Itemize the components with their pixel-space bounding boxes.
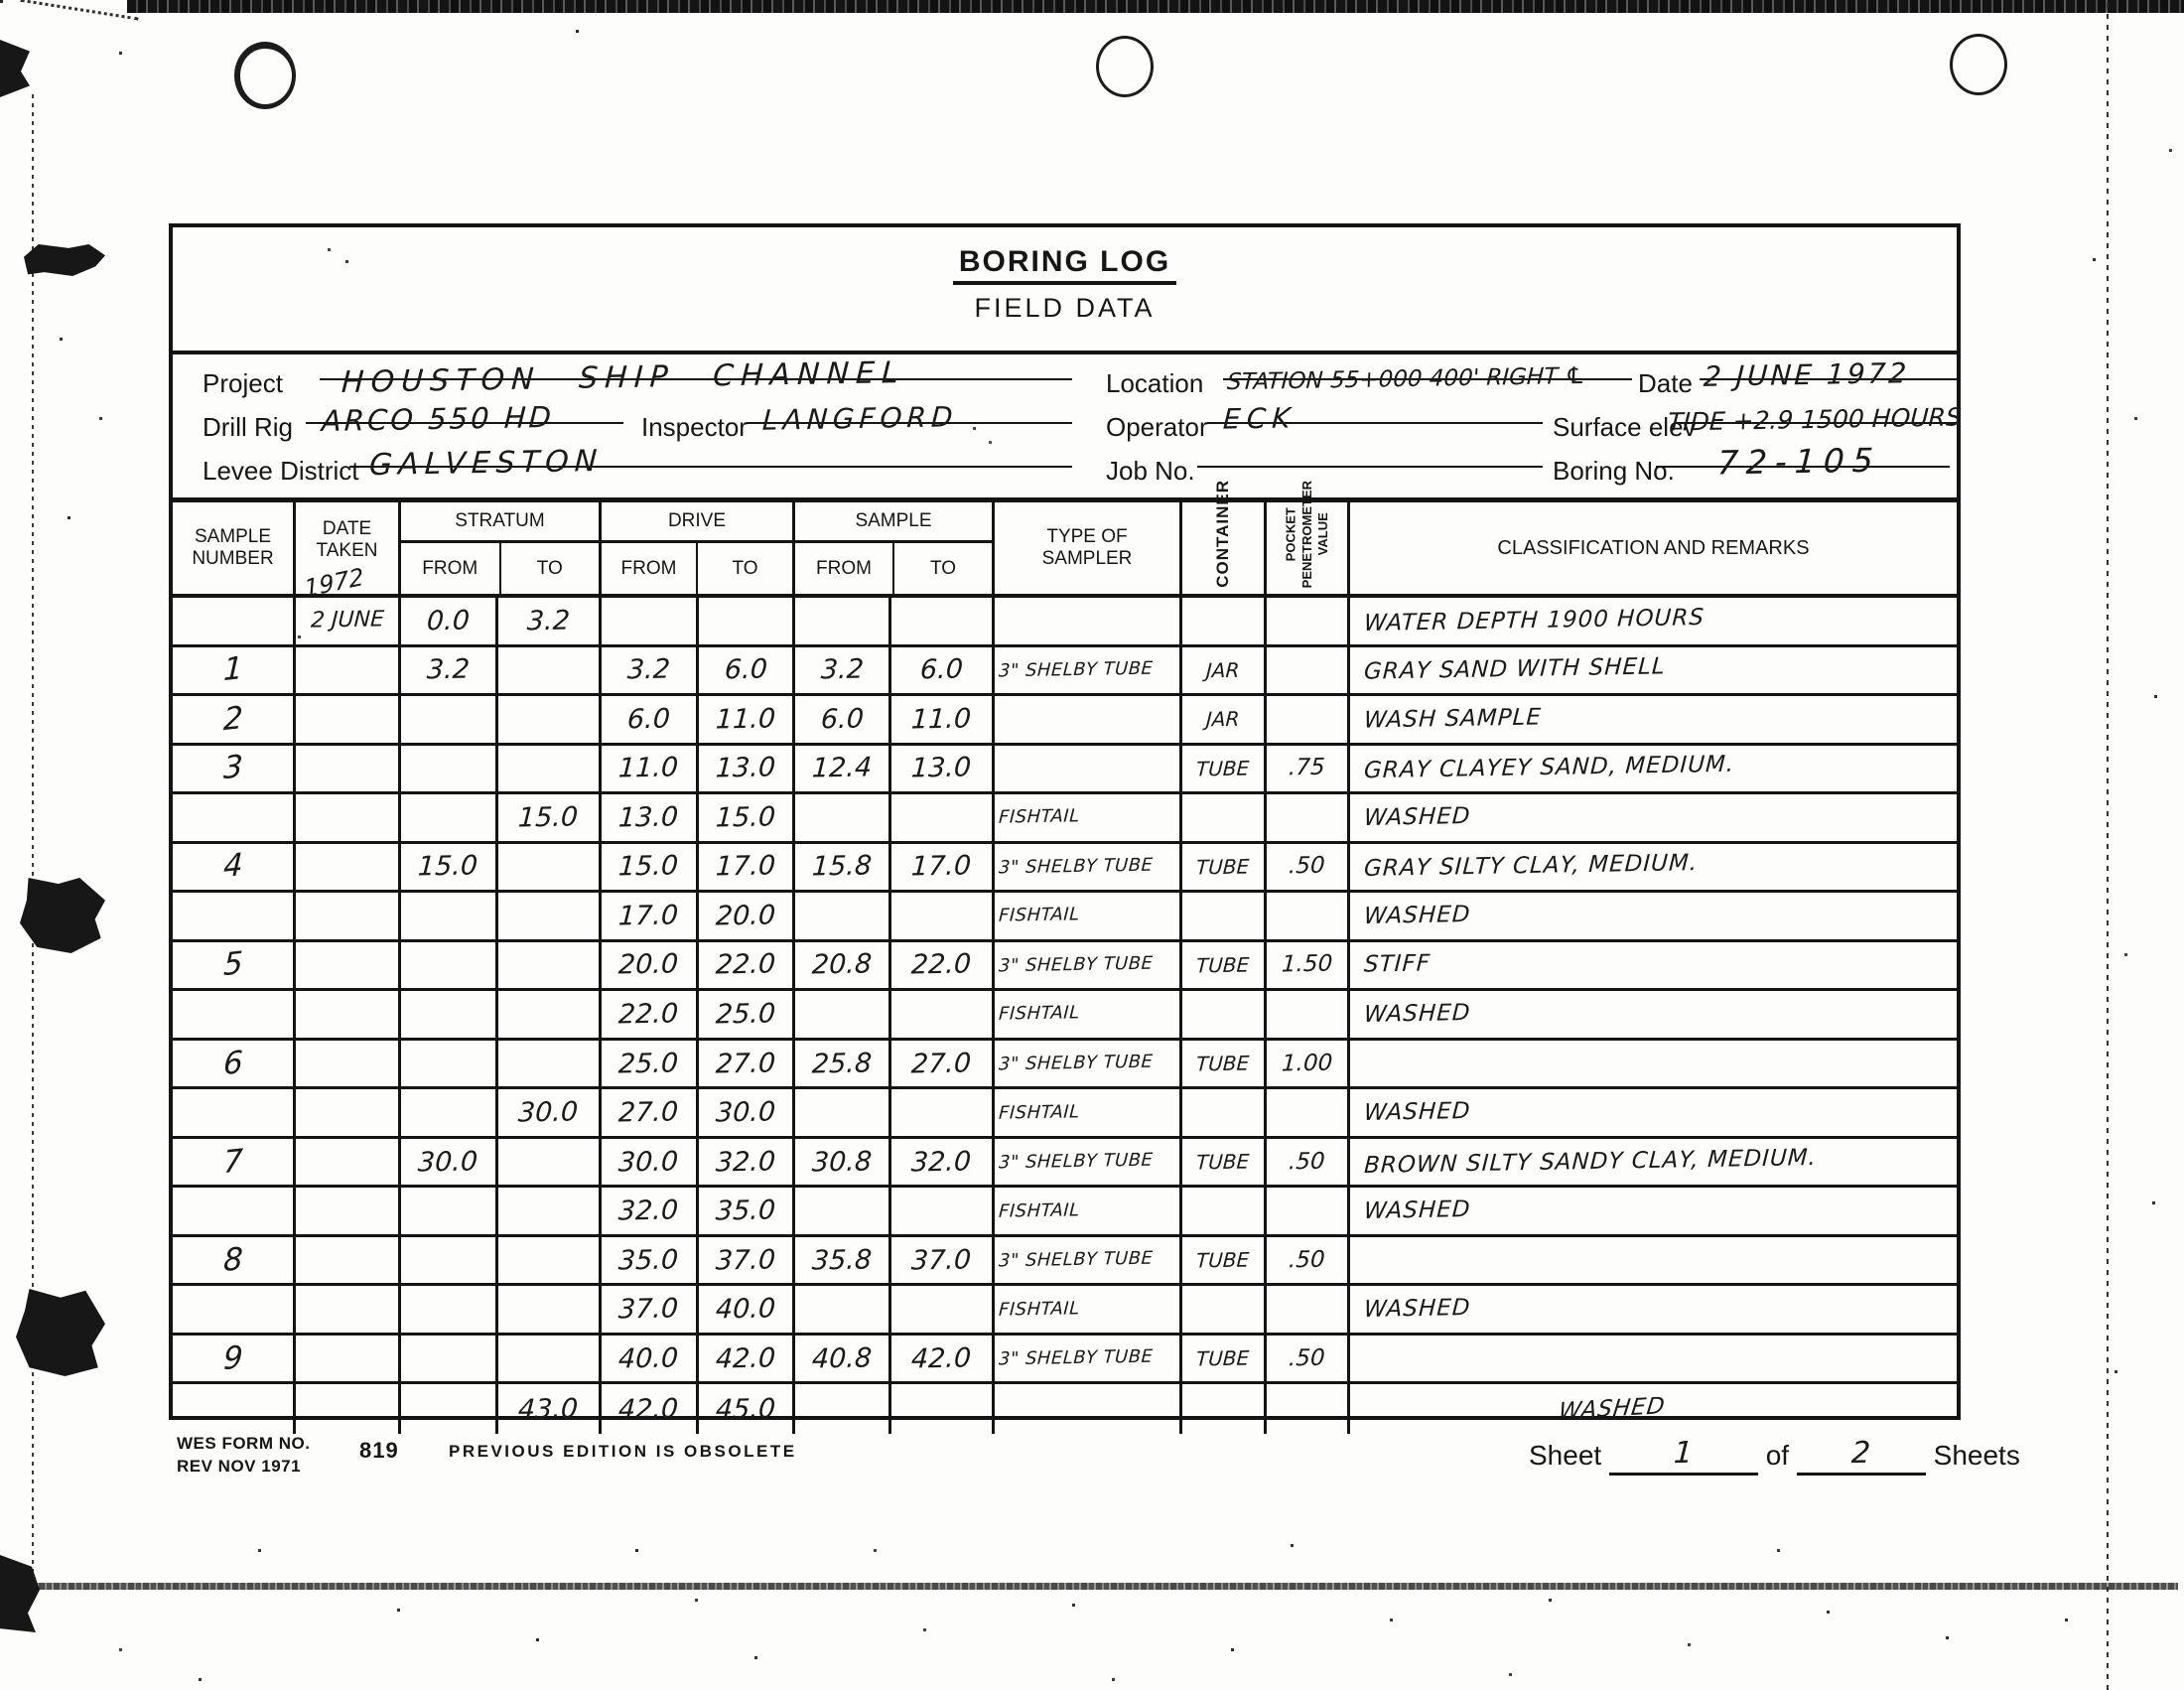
cell-container: TUBE [1182,1237,1267,1287]
cell-sample-number: 9 [173,1336,296,1385]
cell-type-of-sampler: FISHTAIL [995,1089,1182,1139]
handwritten-entry: 11.0 [618,755,680,782]
handwritten-entry: 22.0 [618,1000,680,1028]
cell-stratum-from [401,1336,498,1385]
punch-hole [234,42,296,109]
cell-stratum-to [498,1336,602,1385]
cell-date-taken [296,1336,401,1385]
cell-container [1182,991,1267,1041]
cell-stratum-to [498,696,602,746]
cell-drive-from: 17.0 [602,893,699,942]
cell-sample-from: 15.8 [795,844,891,894]
cell-remarks: WASH SAMPLE [1350,696,1957,746]
cell-type-of-sampler [995,598,1182,647]
handwritten-entry: 15.0 [418,853,479,881]
cell-sample-number: 4 [173,844,296,894]
cell-container [1182,1089,1267,1139]
cell-drive-to: 37.0 [699,1237,795,1287]
cell-remarks: GRAY SILTY CLAY, MEDIUM. [1350,844,1957,894]
cell-type-of-sampler [995,746,1182,795]
cell-sample-number: 8 [173,1237,296,1287]
handwritten-entry: JAR [1206,709,1241,730]
cell-remarks: GRAY SAND WITH SHELL [1350,647,1957,697]
handwritten-entry: 27.0 [911,1050,973,1077]
cell-sample-to [891,794,995,844]
cell-sample-to: 22.0 [891,942,995,992]
sheet-total-underline: 2 [1797,1438,1926,1476]
handwritten-entry: 3.2 [426,656,470,684]
handwritten-entry: FISHTAIL [999,907,1081,925]
handwritten-entry: 32.0 [911,1148,973,1176]
cell-date-taken [296,1089,401,1139]
scan-bottom-edge-shadow [24,1583,2178,1590]
cell-remarks: WASHED [1350,893,1957,942]
handwritten-entry: 17.0 [618,902,680,929]
levee-district-value: GALVESTON [369,446,603,481]
cell-stratum-to [498,893,602,942]
handwritten-entry: 0.0 [426,607,470,634]
cell-sample-to [891,1286,995,1336]
handwritten-entry: 40.0 [618,1344,680,1372]
col-group-stratum: STRATUM FROMTO [401,502,602,594]
cell-sample-from: 30.8 [795,1139,891,1189]
cell-sample-to [891,1089,995,1139]
handwritten-entry: TUBE [1196,758,1250,778]
handwritten-entry: GRAY SILTY CLAY, MEDIUM. [1363,852,1698,881]
handwritten-entry: 9 [222,1342,243,1375]
handwritten-entry: 25.0 [715,1000,776,1028]
handwritten-entry: FISHTAIL [999,1005,1081,1024]
cell-stratum-from [401,746,498,795]
handwritten-entry: 7 [222,1145,243,1178]
handwritten-entry: 45.0 [715,1395,776,1423]
handwritten-entry: WASHED [1363,1297,1471,1322]
cell-stratum-from: 15.0 [401,844,498,894]
previous-edition-note: PREVIOUS EDITION IS OBSOLETE [449,1442,797,1462]
cell-stratum-to [498,1139,602,1189]
cell-stratum-from [401,1188,498,1237]
handwritten-entry: .50 [1289,1248,1326,1272]
handwritten-entry: 35.0 [618,1246,680,1274]
handwritten-entry: 6.0 [919,656,963,684]
cell-sample-from: 25.8 [795,1041,891,1090]
handwritten-entry: STIFF [1363,953,1431,977]
cell-sample-number [173,794,296,844]
handwritten-entry: 37.0 [618,1296,680,1324]
cell-sample-number: 7 [173,1139,296,1189]
cell-sample-from: 20.8 [795,942,891,992]
cell-date-taken [296,1188,401,1237]
cell-penetrometer-value: .50 [1267,1336,1350,1385]
handwritten-entry: 20.0 [618,951,680,979]
operator-label: Operator [1106,412,1208,443]
cell-date-taken [296,696,401,746]
cell-sample-to: 17.0 [891,844,995,894]
handwritten-entry: 40.8 [811,1344,873,1372]
cell-sample-number [173,893,296,942]
drill-rig-label: Drill Rig [203,412,293,443]
header-fields: Project HOUSTON SHIP CHANNEL Location ST… [173,354,1957,502]
cell-stratum-from [401,696,498,746]
cell-stratum-to [498,942,602,992]
handwritten-entry: .50 [1289,1150,1326,1174]
cell-remarks [1350,1336,1957,1385]
cell-drive-from: 22.0 [602,991,699,1041]
cell-penetrometer-value: 1.00 [1267,1041,1350,1090]
cell-stratum-from [401,1237,498,1287]
handwritten-entry: TUBE [1196,1250,1250,1271]
cell-penetrometer-value [1267,1384,1350,1434]
cell-sample-from [795,794,891,844]
levee-district-label: Levee District [203,456,359,487]
handwritten-entry: 3.2 [820,656,864,684]
cell-type-of-sampler: FISHTAIL [995,991,1182,1041]
cell-date-taken [296,1384,401,1434]
cell-stratum-to [498,1041,602,1090]
handwritten-entry: 3" SHELBY TUBE [999,1152,1154,1173]
cell-remarks [1350,1237,1957,1287]
of-label: of [1766,1440,1789,1471]
cell-sample-to [891,1188,995,1237]
handwritten-entry: 3" SHELBY TUBE [999,955,1154,976]
cell-stratum-to: 43.0 [498,1384,602,1434]
boring-log-form: BORING LOG FIELD DATA Project HOUSTON SH… [169,223,1961,1420]
handwritten-entry: 30.0 [518,1099,580,1127]
cell-drive-from: 40.0 [602,1336,699,1385]
handwritten-entry: 25.8 [811,1050,873,1077]
punch-hole [1950,34,2007,95]
cell-sample-from: 12.4 [795,746,891,795]
cell-stratum-to [498,746,602,795]
handwritten-entry: WASHED [1363,1100,1471,1125]
handwritten-entry: 40.0 [715,1296,776,1324]
cell-stratum-from: 3.2 [401,647,498,697]
handwritten-entry: 3.2 [526,607,570,634]
handwritten-entry: 15.0 [518,803,580,831]
date-value: 2 JUNE 1972 [1704,358,1909,391]
handwritten-entry: TUBE [1196,856,1250,877]
handwritten-entry: TUBE [1196,1348,1250,1369]
cell-sample-from: 3.2 [795,647,891,697]
cell-sample-from: 40.8 [795,1336,891,1385]
cell-container: TUBE [1182,942,1267,992]
handwritten-entry: 27.0 [715,1050,776,1077]
handwritten-entry: FISHTAIL [999,808,1081,827]
cell-drive-from: 32.0 [602,1188,699,1237]
scanned-boring-log-page: BORING LOG FIELD DATA Project HOUSTON SH… [0,0,2184,1690]
cell-penetrometer-value [1267,1188,1350,1237]
cell-drive-to: 22.0 [699,942,795,992]
location-label: Location [1106,368,1203,399]
cell-date-taken [296,647,401,697]
cell-stratum-from [401,1286,498,1336]
job-no-label: Job No. [1106,456,1195,487]
cell-sample-number [173,1188,296,1237]
cell-type-of-sampler: FISHTAIL [995,1286,1182,1336]
handwritten-entry: WASHED [1363,1002,1471,1027]
handwritten-entry: .75 [1289,757,1326,780]
cell-drive-from: 37.0 [602,1286,699,1336]
cell-container: JAR [1182,647,1267,697]
cell-drive-to: 27.0 [699,1041,795,1090]
handwritten-entry: 30.0 [715,1099,776,1127]
cell-sample-to: 32.0 [891,1139,995,1189]
cell-drive-from: 15.0 [602,844,699,894]
handwritten-entry: 6.0 [820,705,864,733]
cell-sample-number: 1 [173,647,296,697]
handwritten-entry: 15.0 [618,853,680,881]
cell-remarks [1350,1041,1957,1090]
cell-sample-to: 27.0 [891,1041,995,1090]
handwritten-entry: 11.0 [911,705,973,733]
cell-type-of-sampler: 3" SHELBY TUBE [995,844,1182,894]
form-title-block: BORING LOG FIELD DATA [173,227,1957,354]
scan-ink-blob [24,244,105,276]
handwritten-entry: 17.0 [715,853,776,881]
cell-date-taken [296,794,401,844]
sheet-number: 1 [1673,1436,1694,1471]
handwritten-entry: 35.0 [715,1197,776,1225]
handwritten-entry: 32.0 [618,1197,680,1225]
handwritten-entry: 35.8 [811,1246,873,1274]
cell-container: TUBE [1182,1041,1267,1090]
cell-drive-from: 25.0 [602,1041,699,1090]
cell-penetrometer-value [1267,1286,1350,1336]
cell-date-taken [296,1139,401,1189]
cell-type-of-sampler [995,1384,1182,1434]
cell-drive-to: 40.0 [699,1286,795,1336]
col-group-drive: DRIVE FROMTO [602,502,795,594]
col-date-taken: DATETAKEN 1972 [296,502,401,594]
cell-penetrometer-value: .50 [1267,1237,1350,1287]
cell-remarks: WASHED [1350,1384,1957,1434]
cell-type-of-sampler: FISHTAIL [995,893,1182,942]
cell-drive-to: 25.0 [699,991,795,1041]
cell-sample-from: 6.0 [795,696,891,746]
cell-penetrometer-value [1267,1089,1350,1139]
cell-stratum-from [401,1384,498,1434]
cell-remarks: BROWN SILTY SANDY CLAY, MEDIUM. [1350,1139,1957,1189]
cell-drive-from: 30.0 [602,1139,699,1189]
handwritten-entry: 15.8 [811,853,873,881]
cell-sample-number [173,1384,296,1434]
cell-date-taken [296,844,401,894]
handwritten-entry: 20.8 [811,951,873,979]
cell-drive-to: 6.0 [699,647,795,697]
cell-sample-to: 13.0 [891,746,995,795]
handwritten-entry: 42.0 [715,1344,776,1372]
handwritten-entry: 1.00 [1281,1052,1332,1075]
cell-sample-to: 37.0 [891,1237,995,1287]
cell-penetrometer-value [1267,647,1350,697]
cell-sample-number [173,991,296,1041]
cell-type-of-sampler: 3" SHELBY TUBE [995,1237,1182,1287]
cell-sample-from [795,1384,891,1434]
cell-sample-to [891,1384,995,1434]
handwritten-entry: 1.50 [1281,953,1332,977]
handwritten-entry: 13.0 [911,755,973,782]
handwritten-entry: 37.0 [911,1246,973,1274]
cell-stratum-to [498,1286,602,1336]
cell-penetrometer-value [1267,794,1350,844]
handwritten-entry: 42.0 [618,1395,680,1423]
handwritten-entry: 43.0 [518,1395,580,1423]
handwritten-entry: .50 [1289,855,1326,879]
project-label: Project [203,368,283,399]
handwritten-entry: 8 [222,1243,243,1276]
handwritten-entry: 22.0 [911,951,973,979]
cell-sample-from [795,1286,891,1336]
cell-drive-to: 35.0 [699,1188,795,1237]
sheet-label: Sheet [1529,1440,1601,1471]
handwritten-entry: 2 [222,703,243,736]
handwritten-entry: BROWN SILTY SANDY CLAY, MEDIUM. [1363,1147,1817,1178]
cell-remarks: WATER DEPTH 1900 HOURS [1350,598,1957,647]
handwritten-entry: TUBE [1196,1054,1250,1074]
cell-drive-to: 45.0 [699,1384,795,1434]
cell-sample-number: 6 [173,1041,296,1090]
handwritten-entry: 15.0 [715,803,776,831]
cell-sample-number: 3 [173,746,296,795]
scan-ink-blob [0,40,30,97]
handwritten-entry: WASHED [1363,805,1471,830]
cell-container [1182,794,1267,844]
cell-container [1182,1286,1267,1336]
handwritten-entry: 3" SHELBY TUBE [999,659,1154,680]
handwritten-entry: 3" SHELBY TUBE [999,1250,1154,1271]
wes-form-number: WES FORM NO.REV NOV 1971 [177,1433,310,1479]
cell-stratum-from [401,991,498,1041]
handwritten-entry: 22.0 [715,951,776,979]
cell-penetrometer-value [1267,893,1350,942]
cell-remarks: WASHED [1350,1286,1957,1336]
boring-log-data-grid: 2 JUNE0.03.2WATER DEPTH 1900 HOURS13.23.… [173,598,1957,1434]
cell-container: TUBE [1182,844,1267,894]
cell-penetrometer-value: .75 [1267,746,1350,795]
cell-container [1182,598,1267,647]
handwritten-entry: 3" SHELBY TUBE [999,857,1154,878]
cell-remarks: WASHED [1350,991,1957,1041]
cell-drive-from: 6.0 [602,696,699,746]
operator-value: ECK [1223,402,1297,435]
cell-stratum-to [498,844,602,894]
cell-stratum-from [401,893,498,942]
cell-sample-number [173,1089,296,1139]
handwritten-entry: 12.4 [811,755,873,782]
cell-date-taken [296,1041,401,1090]
cell-drive-from: 35.0 [602,1237,699,1287]
col-classification-remarks: CLASSIFICATION AND REMARKS [1350,502,1957,594]
cell-sample-to: 6.0 [891,647,995,697]
cell-container [1182,893,1267,942]
cell-type-of-sampler: 3" SHELBY TUBE [995,1041,1182,1090]
cell-drive-from: 13.0 [602,794,699,844]
cell-sample-number [173,1286,296,1336]
cell-drive-to: 32.0 [699,1139,795,1189]
scan-ink-blob [0,1555,40,1632]
cell-date-taken [296,942,401,992]
handwritten-entry: 5 [222,948,243,981]
cell-type-of-sampler: 3" SHELBY TUBE [995,1336,1182,1385]
drill-rig-value: ARCO 550 HD [322,402,554,436]
inspector-value: LANGFORD [762,402,958,435]
sheet-total: 2 [1850,1436,1871,1471]
scan-speckles [0,0,3,3]
handwritten-entry: GRAY CLAYEY SAND, MEDIUM. [1363,754,1734,783]
cell-drive-from: 3.2 [602,647,699,697]
cell-type-of-sampler: 3" SHELBY TUBE [995,1139,1182,1189]
cell-date-taken [296,1237,401,1287]
table-column-headers: SAMPLENUMBER DATETAKEN 1972 STRATUM FROM… [173,502,1957,598]
scan-top-edge-shadow [127,0,2184,13]
handwritten-entry: JAR [1206,659,1241,680]
cell-container: TUBE [1182,746,1267,795]
handwritten-entry: 42.0 [911,1344,973,1372]
cell-penetrometer-value [1267,696,1350,746]
cell-remarks: STIFF [1350,942,1957,992]
col-sample-number: SAMPLENUMBER [173,502,296,594]
handwritten-entry: 3 [222,752,243,784]
cell-sample-from [795,1188,891,1237]
handwritten-entry: 17.0 [911,853,973,881]
cell-remarks: GRAY CLAYEY SAND, MEDIUM. [1350,746,1957,795]
handwritten-entry: FISHTAIL [999,1103,1081,1122]
surface-elev-value: TIDE +2.9 1500 HOURS [1668,404,1962,435]
handwritten-entry: 25.0 [618,1050,680,1077]
cell-drive-to: 13.0 [699,746,795,795]
cell-sample-to [891,991,995,1041]
handwritten-entry: 6.0 [626,705,670,733]
handwritten-entry: FISHTAIL [999,1300,1081,1319]
handwritten-entry: 3" SHELBY TUBE [999,1348,1154,1369]
cell-container: JAR [1182,696,1267,746]
handwritten-entry: 2 JUNE [310,610,384,633]
cell-stratum-from: 30.0 [401,1139,498,1189]
handwritten-entry: 30.0 [618,1148,680,1176]
handwritten-entry: 13.0 [618,803,680,831]
cell-date-taken [296,991,401,1041]
job-no-underline [1197,432,1543,468]
cell-sample-number [173,598,296,647]
cell-container: TUBE [1182,1336,1267,1385]
cell-stratum-from: 0.0 [401,598,498,647]
cell-date-taken: 2 JUNE [296,598,401,647]
cell-type-of-sampler: 3" SHELBY TUBE [995,942,1182,992]
handwritten-entry: TUBE [1196,954,1250,975]
handwritten-entry: GRAY SAND WITH SHELL [1363,656,1666,684]
handwritten-entry: 27.0 [618,1099,680,1127]
cell-penetrometer-value [1267,598,1350,647]
scan-ink-blob [16,1289,105,1376]
boring-no-value: 72-105 [1717,442,1881,481]
cell-drive-to: 11.0 [699,696,795,746]
cell-drive-to: 20.0 [699,893,795,942]
handwritten-entry: 1 [222,653,243,686]
cell-drive-from: 20.0 [602,942,699,992]
form-subtitle: FIELD DATA [173,293,1957,324]
cell-drive-from: 11.0 [602,746,699,795]
handwritten-entry: 3" SHELBY TUBE [999,1054,1154,1074]
handwritten-entry: 30.8 [811,1148,873,1176]
cell-stratum-from [401,1089,498,1139]
handwritten-entry: 37.0 [715,1246,776,1274]
cell-sample-number: 5 [173,942,296,992]
cell-penetrometer-value: .50 [1267,844,1350,894]
cell-type-of-sampler [995,696,1182,746]
cell-stratum-to: 30.0 [498,1089,602,1139]
cell-sample-from [795,598,891,647]
cell-container: TUBE [1182,1139,1267,1189]
